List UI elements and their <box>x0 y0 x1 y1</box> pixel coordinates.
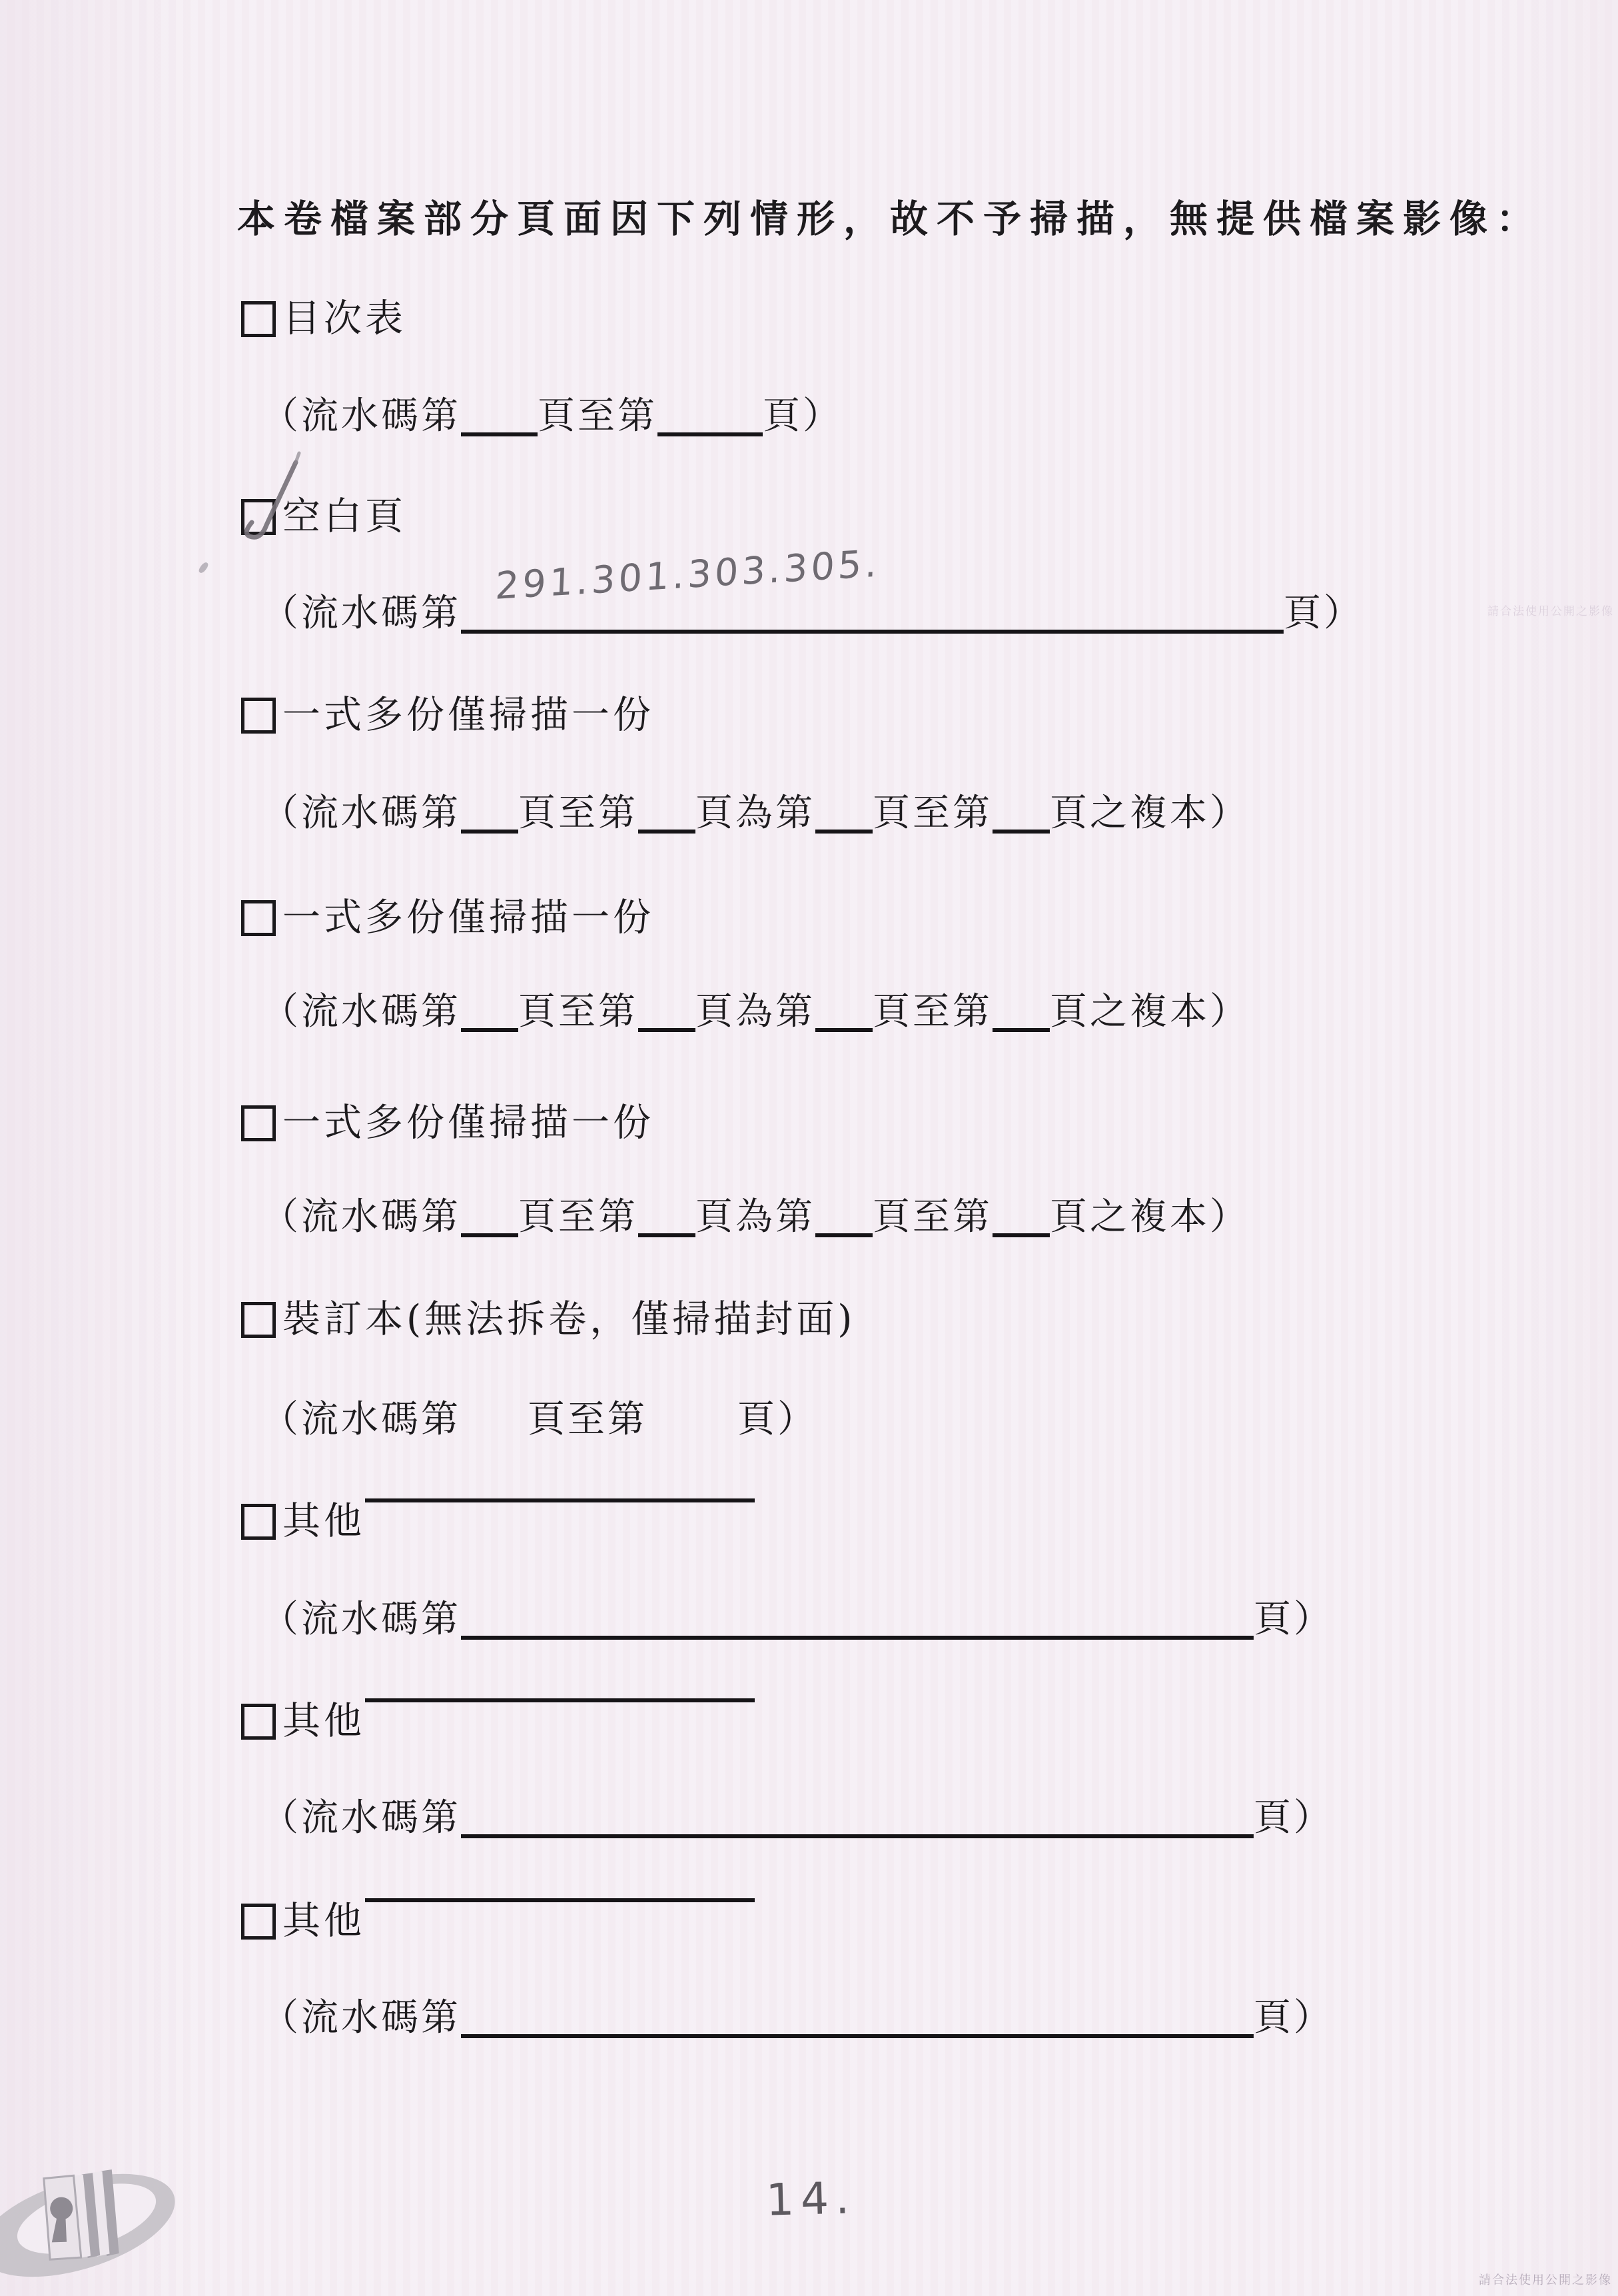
blank-field <box>638 1233 695 1237</box>
detail-text: 頁為第 <box>695 792 815 835</box>
item-toc-row: 目次表 <box>241 295 406 342</box>
detail-other-3: （流水碼第頁） <box>261 1995 1334 2041</box>
detail-text: （流水碼第 <box>261 792 461 835</box>
pencil-checkmark-icon <box>232 448 325 548</box>
checkbox-other-1 <box>241 1504 276 1540</box>
detail-text: 頁） <box>1284 592 1364 635</box>
detail-text: 頁至第 <box>538 394 657 438</box>
checkbox-duplicate-2 <box>241 900 276 936</box>
item-other-1-label: 其他 <box>282 1498 365 1545</box>
blank-field <box>461 1834 1254 1838</box>
blank-field <box>815 1027 873 1032</box>
detail-text: （流水碼第 <box>261 1398 461 1441</box>
detail-text: 頁至第 <box>873 990 993 1033</box>
blank-field <box>638 829 695 834</box>
detail-text: 頁） <box>1254 1796 1334 1840</box>
detail-bound-volume: （流水碼第頁至第頁） <box>261 1397 817 1443</box>
blank-field <box>993 1233 1050 1237</box>
blank-field <box>365 1898 755 1902</box>
detail-text: 頁為第 <box>695 990 815 1033</box>
item-other-1-row: 其他 <box>241 1498 755 1545</box>
blank-field <box>638 1027 695 1032</box>
blank-field <box>815 829 873 834</box>
item-toc-label: 目次表 <box>282 295 406 342</box>
detail-duplicate-3: （流水碼第頁至第頁為第頁至第頁之複本） <box>261 1194 1250 1241</box>
blank-field <box>657 432 763 436</box>
checkbox-toc <box>241 301 276 337</box>
blank-field <box>461 829 518 834</box>
blank-gap <box>647 1431 737 1432</box>
item-duplicate-1-row: 一式多份僅掃描一份 <box>241 692 654 739</box>
detail-text: （流水碼第 <box>261 592 461 635</box>
blank-field <box>815 1233 873 1237</box>
item-duplicate-1-label: 一式多份僅掃描一份 <box>282 692 654 739</box>
checkbox-other-3 <box>241 1904 276 1940</box>
blank-field <box>993 829 1050 834</box>
watermark-bottom-right: 請合法使用公開之影像 <box>1479 2271 1612 2288</box>
detail-duplicate-1: （流水碼第頁至第頁為第頁至第頁之複本） <box>261 790 1250 837</box>
detail-text: （流水碼第 <box>261 1796 461 1840</box>
detail-duplicate-2: （流水碼第頁至第頁為第頁至第頁之複本） <box>261 989 1250 1035</box>
detail-text: 頁之複本） <box>1050 792 1250 835</box>
detail-text: 頁至第 <box>518 990 638 1033</box>
blank-field <box>461 432 538 436</box>
checkbox-duplicate-3 <box>241 1105 276 1141</box>
detail-text: 頁） <box>1254 1996 1334 2039</box>
handwritten-page-number: 14. <box>765 2172 857 2226</box>
detail-text: 頁） <box>737 1398 817 1441</box>
item-duplicate-2-row: 一式多份僅掃描一份 <box>241 894 654 941</box>
detail-text: 頁至第 <box>873 1195 993 1239</box>
detail-text: （流水碼第 <box>261 1195 461 1239</box>
detail-text: 頁之複本） <box>1050 1195 1250 1239</box>
detail-text: 頁至第 <box>873 792 993 835</box>
detail-text: （流水碼第 <box>261 394 461 438</box>
scanned-form-page: 本卷檔案部分頁面因下列情形，故不予掃描，無提供檔案影像： 目次表 （流水碼第頁至… <box>0 0 1618 2296</box>
checkbox-bound-volume <box>241 1302 276 1338</box>
blank-field <box>365 1498 755 1502</box>
blank-gap <box>461 1431 528 1432</box>
page-title: 本卷檔案部分頁面因下列情形，故不予掃描，無提供檔案影像： <box>237 195 1543 243</box>
detail-text: 頁至第 <box>528 1398 647 1441</box>
watermark-right: 請合法使用公開之影像 <box>1487 602 1614 618</box>
detail-other-1: （流水碼第頁） <box>261 1596 1334 1643</box>
detail-text: 頁） <box>763 394 843 438</box>
detail-text: （流水碼第 <box>261 1598 461 1641</box>
detail-text: 頁） <box>1254 1598 1334 1641</box>
item-other-3-row: 其他 <box>241 1898 755 1945</box>
checkbox-other-2 <box>241 1704 276 1740</box>
detail-other-2: （流水碼第頁） <box>261 1795 1334 1842</box>
blank-field <box>993 1027 1050 1032</box>
item-bound-volume-row: 裝訂本(無法拆卷，僅掃描封面) <box>241 1296 855 1343</box>
detail-text: 頁至第 <box>518 1195 638 1239</box>
detail-toc: （流水碼第頁至第頁） <box>261 393 843 440</box>
pencil-speck <box>197 561 209 574</box>
detail-text: （流水碼第 <box>261 990 461 1033</box>
checkbox-duplicate-1 <box>241 698 276 734</box>
detail-blank-page: （流水碼第頁） <box>261 590 1364 637</box>
item-other-2-label: 其他 <box>282 1698 365 1745</box>
detail-text: 頁為第 <box>695 1195 815 1239</box>
item-duplicate-3-row: 一式多份僅掃描一份 <box>241 1099 654 1147</box>
item-other-2-row: 其他 <box>241 1698 755 1745</box>
item-bound-volume-label: 裝訂本(無法拆卷，僅掃描封面) <box>282 1296 855 1343</box>
blank-field <box>461 629 1284 634</box>
blank-field <box>461 1233 518 1237</box>
item-duplicate-3-label: 一式多份僅掃描一份 <box>282 1099 654 1147</box>
blank-field <box>365 1698 755 1702</box>
item-other-3-label: 其他 <box>282 1898 365 1945</box>
detail-text: 頁之複本） <box>1050 990 1250 1033</box>
detail-text: （流水碼第 <box>261 1996 461 2039</box>
blank-field <box>461 2033 1254 2038</box>
blank-field <box>461 1635 1254 1640</box>
detail-text: 頁至第 <box>518 792 638 835</box>
blank-field <box>461 1027 518 1032</box>
item-duplicate-2-label: 一式多份僅掃描一份 <box>282 894 654 941</box>
archives-logo-icon <box>0 2144 177 2296</box>
